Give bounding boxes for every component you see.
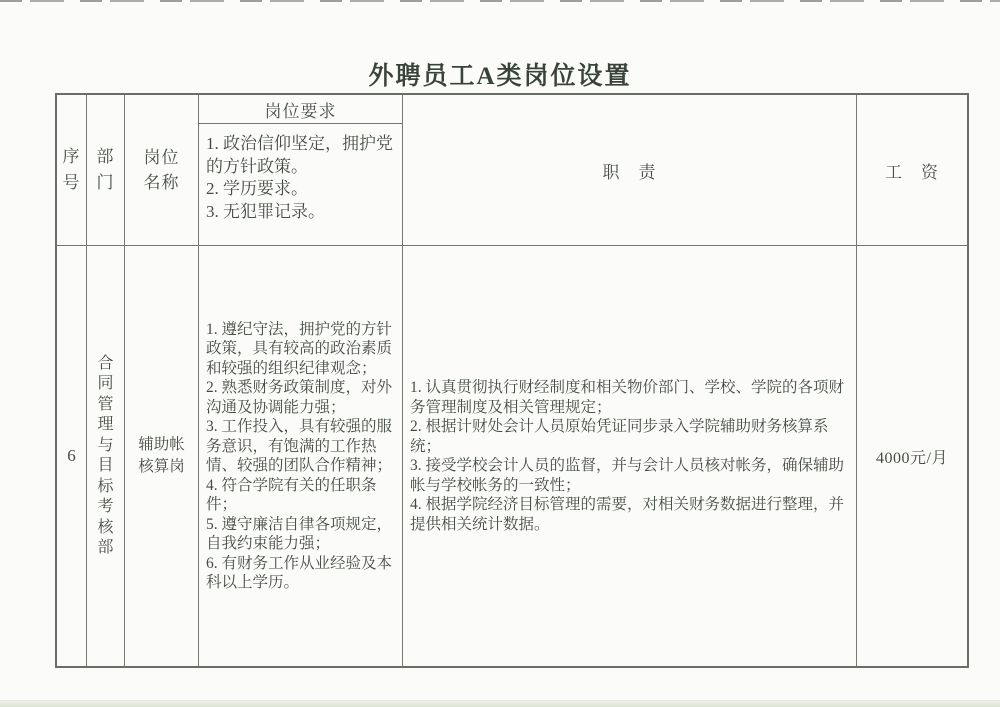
cell-seq: 6: [57, 246, 87, 666]
cell-salary: 4000元/月: [857, 246, 967, 666]
col-header-seq: 序号: [57, 95, 87, 246]
seq-value: 6: [67, 446, 76, 466]
position-value: 辅助帐核算岗: [137, 434, 187, 478]
document-page: 外聘员工A类岗位设置 序号 部门 岗位名称 岗位要求 1. 政治信仰坚定，拥护党…: [0, 0, 1000, 707]
duty-item: 2. 根据计财处会计人员原始凭证同步录入学院辅助财务核算系统；: [410, 417, 846, 456]
dept-value: 合同管理与目标考核部: [97, 354, 114, 559]
col-header-position: 岗位名称: [125, 95, 199, 246]
duty-item: 4. 根据学院经济目标管理的需要，对相关财务数据进行整理，并提供相关统计数据。: [410, 495, 846, 534]
col-header-salary: 工 资: [857, 95, 967, 246]
cell-duties: 1. 认真贯彻执行财经制度和相关物价部门、学校、学院的各项财务管理制度及相关管理…: [403, 246, 857, 666]
scan-artifact-bottom: [0, 700, 1000, 707]
duty-item: 3. 接受学校会计人员的监督，并与会计人员核对帐务，确保辅助帐与学校帐务的一致性…: [410, 456, 846, 495]
common-requirement-item: 1. 政治信仰坚定，拥护党的方针政策。: [206, 133, 394, 178]
salary-value: 4000元/月: [876, 445, 948, 468]
common-requirement-item: 2. 学历要求。: [206, 178, 394, 201]
cell-requirements: 1. 遵纪守法，拥护党的方针政策，具有较高的政治素质和较强的组织纪律观念； 2.…: [199, 246, 403, 666]
col-header-requirements-label: 岗位要求: [265, 97, 337, 122]
page-title: 外聘员工A类岗位设置: [0, 56, 1000, 92]
cell-position: 辅助帐核算岗: [125, 246, 199, 666]
col-header-seq-label: 序号: [63, 144, 81, 196]
requirement-item: 2. 熟悉财务政策制度，对外沟通及协调能力强；: [206, 378, 392, 417]
col-header-dept: 部门: [87, 95, 125, 246]
col-header-duty: 职 责: [403, 95, 857, 246]
col-header-requirements: 岗位要求: [199, 95, 403, 124]
cell-dept: 合同管理与目标考核部: [87, 246, 125, 666]
requirement-item: 3. 工作投入，具有较强的服务意识，有饱满的工作热情、较强的团队合作精神；: [206, 417, 392, 476]
col-header-salary-label: 工 资: [885, 158, 939, 183]
col-header-position-label: 岗位名称: [143, 145, 181, 195]
positions-table: 序号 部门 岗位名称 岗位要求 1. 政治信仰坚定，拥护党的方针政策。 2. 学…: [55, 93, 969, 668]
duty-item: 1. 认真贯彻执行财经制度和相关物价部门、学校、学院的各项财务管理制度及相关管理…: [410, 378, 846, 417]
scan-artifact-top: [0, 0, 1000, 2]
requirements-common-list: 1. 政治信仰坚定，拥护党的方针政策。 2. 学历要求。 3. 无犯罪记录。: [199, 124, 403, 246]
col-header-dept-label: 部门: [97, 144, 115, 196]
requirement-item: 6. 有财务工作从业经验及本科以上学历。: [206, 554, 392, 593]
requirement-item: 5. 遵守廉洁自律各项规定，自我约束能力强；: [206, 515, 392, 554]
requirement-item: 1. 遵纪守法，拥护党的方针政策，具有较高的政治素质和较强的组织纪律观念；: [206, 320, 392, 379]
requirement-item: 4. 符合学院有关的任职条件；: [206, 476, 392, 515]
common-requirement-item: 3. 无犯罪记录。: [206, 201, 394, 224]
col-header-duty-label: 职 责: [603, 158, 657, 183]
